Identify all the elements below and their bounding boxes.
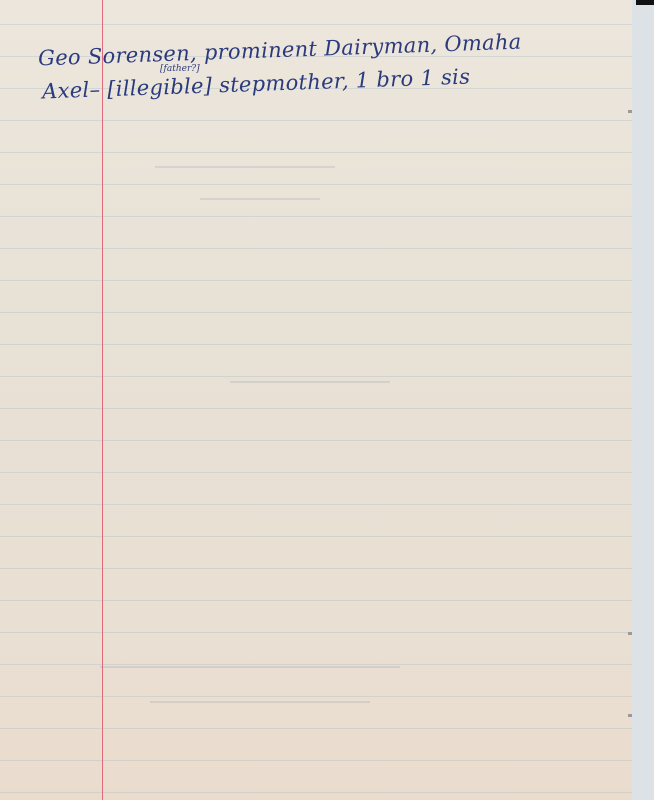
ruled-line <box>0 376 632 377</box>
handwritten-interlinear-insertion: [father?] <box>160 64 200 74</box>
ruled-line <box>0 216 632 217</box>
ruled-line <box>0 408 632 409</box>
ruled-line <box>0 792 632 793</box>
notebook-page: Geo Sorensen, prominent Dairyman, Omaha … <box>0 0 632 800</box>
ruled-line <box>0 120 632 121</box>
ruled-line <box>0 184 632 185</box>
ruled-line <box>0 344 632 345</box>
ruled-line <box>0 664 632 665</box>
ruled-line <box>0 312 632 313</box>
bleed-through-mark <box>230 365 390 383</box>
ruled-line <box>0 600 632 601</box>
ruled-line <box>0 696 632 697</box>
scanner-corner-shadow <box>636 0 654 5</box>
handwritten-line-2: Axel– [illegible] stepmother, 1 bro 1 si… <box>42 65 471 104</box>
scanner-background-edge <box>632 0 654 800</box>
ruled-line <box>0 632 632 633</box>
ruled-line <box>0 568 632 569</box>
ruled-line <box>0 728 632 729</box>
ruled-line <box>0 280 632 281</box>
ruled-line <box>0 440 632 441</box>
ruled-line <box>0 472 632 473</box>
ruled-line <box>0 504 632 505</box>
ruled-line <box>0 536 632 537</box>
ruled-line <box>0 24 632 25</box>
ruled-line <box>0 248 632 249</box>
ruled-line <box>0 760 632 761</box>
ruled-line <box>0 152 632 153</box>
red-margin-line <box>102 0 103 800</box>
bleed-through-mark <box>150 685 370 703</box>
bleed-through-mark <box>100 650 400 668</box>
